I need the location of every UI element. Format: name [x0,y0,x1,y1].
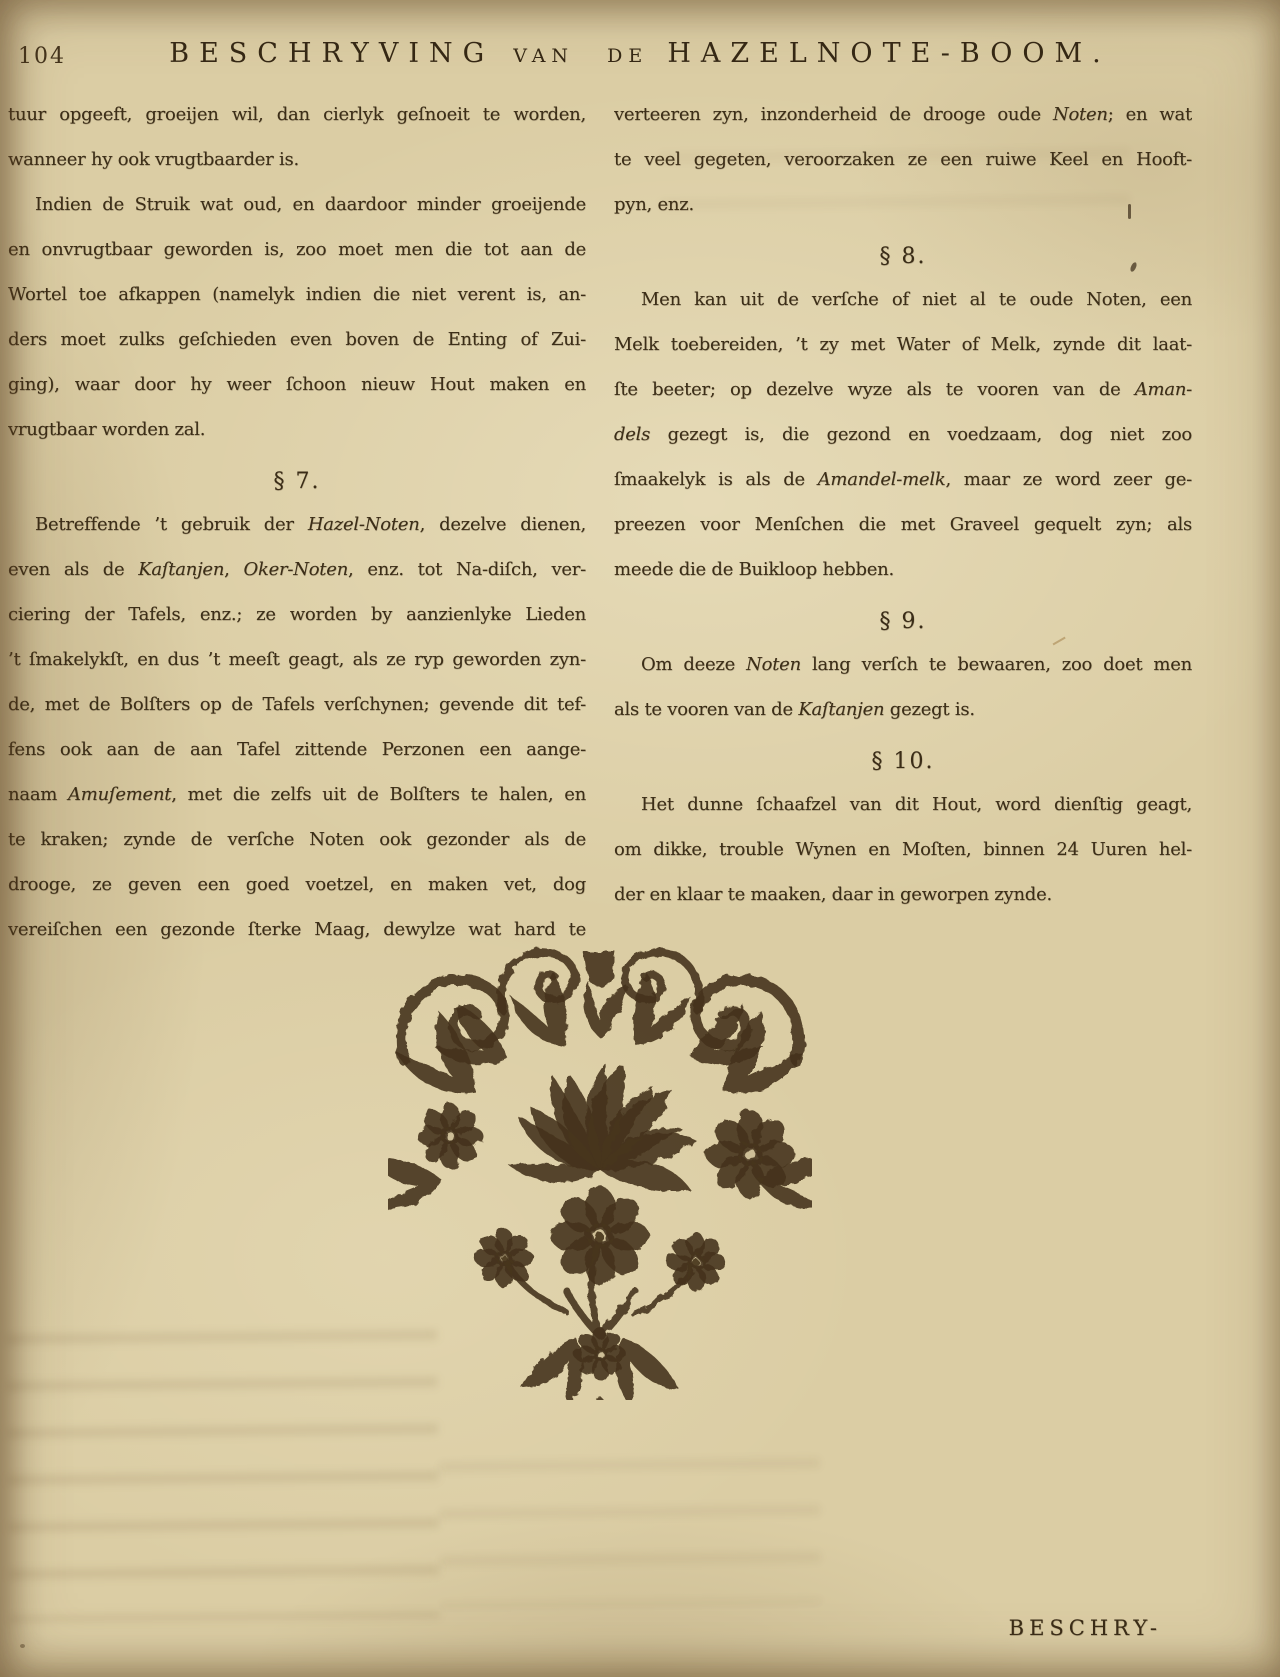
text-line: te veel gegeten, veroorzaken ze een ruiw… [614,137,1192,182]
text-line: Melk toebereiden, ’t zy met Water of Mel… [614,322,1192,367]
text-line: Men kan uit de verſche of niet al te oud… [614,277,1192,322]
text-line: wanneer hy ook vrugtbaarder is. [8,137,586,182]
text-line: der en klaar te maaken, daar in geworpen… [614,872,1192,917]
section-heading: § 10. [614,742,1192,782]
text-line: tuur opgeeft, groeijen wil, dan cierlyk … [8,92,586,137]
showthrough-ghost-text [6,1300,439,1622]
text-line: verteeren zyn, inzonderheid de drooge ou… [614,92,1192,137]
text-line: en onvrugtbaar geworden is, zoo moet men… [8,227,586,272]
paragraph: Indien de Struik wat oud, en daardoor mi… [8,182,586,452]
paragraph: Betreffende ’t gebruik der Hazel-Noten, … [8,502,586,952]
text-line: ſmaakelyk is als de Amandel-melk, maar z… [614,457,1192,502]
text-line: vrugtbaar worden zal. [8,407,586,452]
text-line: Betreffende ’t gebruik der Hazel-Noten, … [8,502,586,547]
text-line: dels gezegt is, die gezond en voedzaam, … [614,412,1192,457]
text-line: Indien de Struik wat oud, en daardoor mi… [8,182,586,227]
text-line: drooge, ze geven een goed voetzel, en ma… [8,862,586,907]
paragraph: Men kan uit de verſche of niet al te oud… [614,277,1192,592]
paragraph: tuur opgeeft, groeijen wil, dan cierlyk … [8,92,586,182]
text-line: ſte beeter; op dezelve wyze als te voore… [614,367,1192,412]
text-line: ’t ſmakelykſt, en dus ’t meeſt geagt, al… [8,637,586,682]
title-connector-2: DE [607,45,648,67]
text-line: naam Amuſement, met die zelfs uit de Bol… [8,772,586,817]
page-header: 104 BESCHRYVING VAN DE HAZELNOTE-BOOM. [0,34,1280,84]
text-line: preezen voor Menſchen die met Graveel ge… [614,502,1192,547]
text-line: Wortel toe afkappen (namelyk indien die … [8,272,586,317]
ink-speck [20,1644,25,1648]
title-connector-1: VAN [513,45,574,67]
catchword: BESCHRY- [1009,1616,1162,1640]
title-main-2: HAZELNOTE-BOOM. [667,38,1110,69]
book-page: 104 BESCHRYVING VAN DE HAZELNOTE-BOOM. t… [0,0,1280,1677]
text-line: ders moet zulks geſchieden even boven de… [8,317,586,362]
text-line: om dikke, trouble Wynen en Moſten, binne… [614,827,1192,872]
text-columns: tuur opgeeft, groeijen wil, dan cierlyk … [8,92,1192,952]
floral-ornament [388,938,812,1400]
right-column: verteeren zyn, inzonderheid de drooge ou… [614,92,1192,952]
text-line: Het dunne ſchaafzel van dit Hout, word d… [614,782,1192,827]
paragraph: Om deeze Noten lang verſch te bewaaren, … [614,642,1192,732]
title-main-1: BESCHRYVING [169,38,494,69]
text-line: als te vooren van de Kaſtanjen gezegt is… [614,687,1192,732]
text-line: pyn, enz. [614,182,1192,227]
text-line: fens ook aan de aan Tafel zittende Perzo… [8,727,586,772]
page-title: BESCHRYVING VAN DE HAZELNOTE-BOOM. [0,38,1280,69]
text-line: te kraken; zynde de verſche Noten ook ge… [8,817,586,862]
text-line: de, met de Bolſters op de Tafels verſchy… [8,682,586,727]
text-line: even als de Kaſtanjen, Oker-Noten, enz. … [8,547,586,592]
paragraph: verteeren zyn, inzonderheid de drooge ou… [614,92,1192,227]
section-heading: § 9. [614,602,1192,642]
text-line: ciering der Tafels, enz.; ze worden by a… [8,592,586,637]
showthrough-ghost-text [439,1428,821,1608]
ink-speck [1128,204,1131,219]
text-line: ging), waar door hy weer ſchoon nieuw Ho… [8,362,586,407]
section-heading: § 7. [8,462,586,502]
text-line: meede die de Buikloop hebben. [614,547,1192,592]
left-column: tuur opgeeft, groeijen wil, dan cierlyk … [8,92,586,952]
section-heading: § 8. [614,237,1192,277]
text-line: Om deeze Noten lang verſch te bewaaren, … [614,642,1192,687]
paragraph: Het dunne ſchaafzel van dit Hout, word d… [614,782,1192,917]
